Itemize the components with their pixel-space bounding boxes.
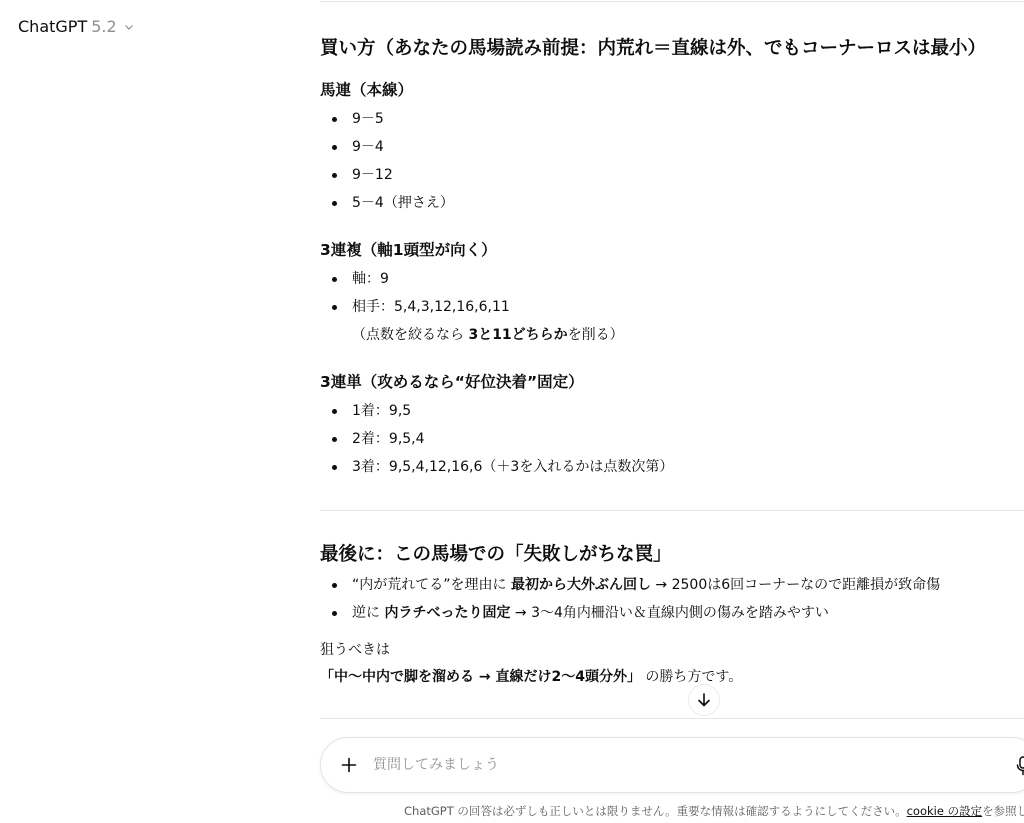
- sanrenpuku-note: （点数を絞るなら 3と11どちらかを削る）: [320, 321, 624, 349]
- note-suffix: を削る）: [568, 327, 624, 343]
- chevron-down-icon: [124, 22, 134, 32]
- subsection-title-sanrenpuku: 3連複（軸1頭型が向く）: [320, 238, 497, 260]
- aim-label: 狙うべきは: [320, 636, 390, 664]
- conclusion-suffix: の勝ち方です。: [641, 669, 742, 685]
- disclaimer-suffix: を参照してください。: [982, 804, 1024, 818]
- model-name: ChatGPT: [18, 17, 87, 36]
- section-title-buy: 買い方（あなたの馬場読み前提：内荒れ＝直線は外、でもコーナーロスは最小）: [320, 34, 986, 60]
- list-item: 3着：9,5,4,12,16,6（＋3を入れるかは点数次第）: [320, 453, 673, 481]
- section-title-trap: 最後に：この馬場での「失敗しがちな罠」: [320, 540, 672, 566]
- add-attachment-button[interactable]: [335, 751, 363, 779]
- note-bold: 3と11どちらか: [468, 327, 567, 343]
- model-version: 5.2: [91, 17, 116, 36]
- divider: [320, 510, 1024, 511]
- list-item: 2着：9,5,4: [320, 425, 673, 453]
- list-item: 5－4（押さえ）: [320, 189, 454, 217]
- conclusion-bold: 「中〜中内で脚を溜める → 直線だけ2〜4頭分外」: [320, 669, 641, 685]
- plus-icon: [341, 757, 357, 773]
- item-prefix: 逆に: [352, 605, 384, 621]
- dictation-button[interactable]: [1011, 754, 1024, 778]
- list-item: 9－4: [320, 133, 454, 161]
- model-switcher[interactable]: ChatGPT 5.2: [18, 17, 134, 36]
- scroll-to-bottom-button[interactable]: [688, 684, 720, 716]
- item-bold: 最初から大外ぶん回し: [511, 577, 651, 593]
- item-suffix: → 3〜4角内柵沿い＆直線内側の傷みを踏みやすい: [510, 605, 828, 621]
- sanrenpuku-list: 軸：9 相手：5,4,3,12,16,6,11 （点数を絞るなら 3と11どちら…: [320, 265, 624, 349]
- divider: [320, 1, 1024, 2]
- prompt-input[interactable]: [373, 757, 1024, 773]
- trap-list: “内が荒れてる”を理由に 最初から大外ぶん回し → 2500は6回コーナーなので…: [320, 571, 940, 627]
- disclaimer: ChatGPT の回答は必ずしも正しいとは限りません。重要な情報は確認するように…: [404, 803, 1024, 819]
- disclaimer-prefix: ChatGPT の回答は必ずしも正しいとは限りません。重要な情報は確認するように…: [404, 804, 907, 818]
- list-item: 9－12: [320, 161, 454, 189]
- microphone-icon: [1016, 756, 1024, 776]
- umaren-list: 9－5 9－4 9－12 5－4（押さえ）: [320, 105, 454, 217]
- subsection-title-umaren: 馬連（本線）: [320, 78, 413, 100]
- cookie-settings-link[interactable]: cookie の設定: [907, 804, 982, 818]
- list-item: 1着：9,5: [320, 397, 673, 425]
- list-item: 軸：9: [320, 265, 624, 293]
- list-item: 相手：5,4,3,12,16,6,11: [320, 293, 624, 321]
- list-item: 9－5: [320, 105, 454, 133]
- subsection-title-sanrentan: 3連単（攻めるなら“好位決着”固定）: [320, 370, 584, 392]
- divider: [320, 718, 1024, 719]
- arrow-down-icon: [696, 692, 712, 708]
- assistant-message: 買い方（あなたの馬場読み前提：内荒れ＝直線は外、でもコーナーロスは最小） 馬連（…: [320, 0, 1024, 720]
- item-prefix: “内が荒れてる”を理由に: [352, 577, 511, 593]
- item-suffix: → 2500は6回コーナーなので距離損が致命傷: [651, 577, 940, 593]
- conclusion: 「中〜中内で脚を溜める → 直線だけ2〜4頭分外」 の勝ち方です。: [320, 663, 742, 691]
- list-item: 逆に 内ラチべったり固定 → 3〜4角内柵沿い＆直線内側の傷みを踏みやすい: [320, 599, 940, 627]
- list-item: “内が荒れてる”を理由に 最初から大外ぶん回し → 2500は6回コーナーなので…: [320, 571, 940, 599]
- note-prefix: （点数を絞るなら: [352, 327, 468, 343]
- sanrentan-list: 1着：9,5 2着：9,5,4 3着：9,5,4,12,16,6（＋3を入れるか…: [320, 397, 673, 481]
- composer: [320, 737, 1024, 793]
- chat-app: ChatGPT 5.2 買い方（あなたの馬場読み前提：内荒れ＝直線は外、でもコー…: [0, 0, 1024, 823]
- item-bold: 内ラチべったり固定: [384, 605, 510, 621]
